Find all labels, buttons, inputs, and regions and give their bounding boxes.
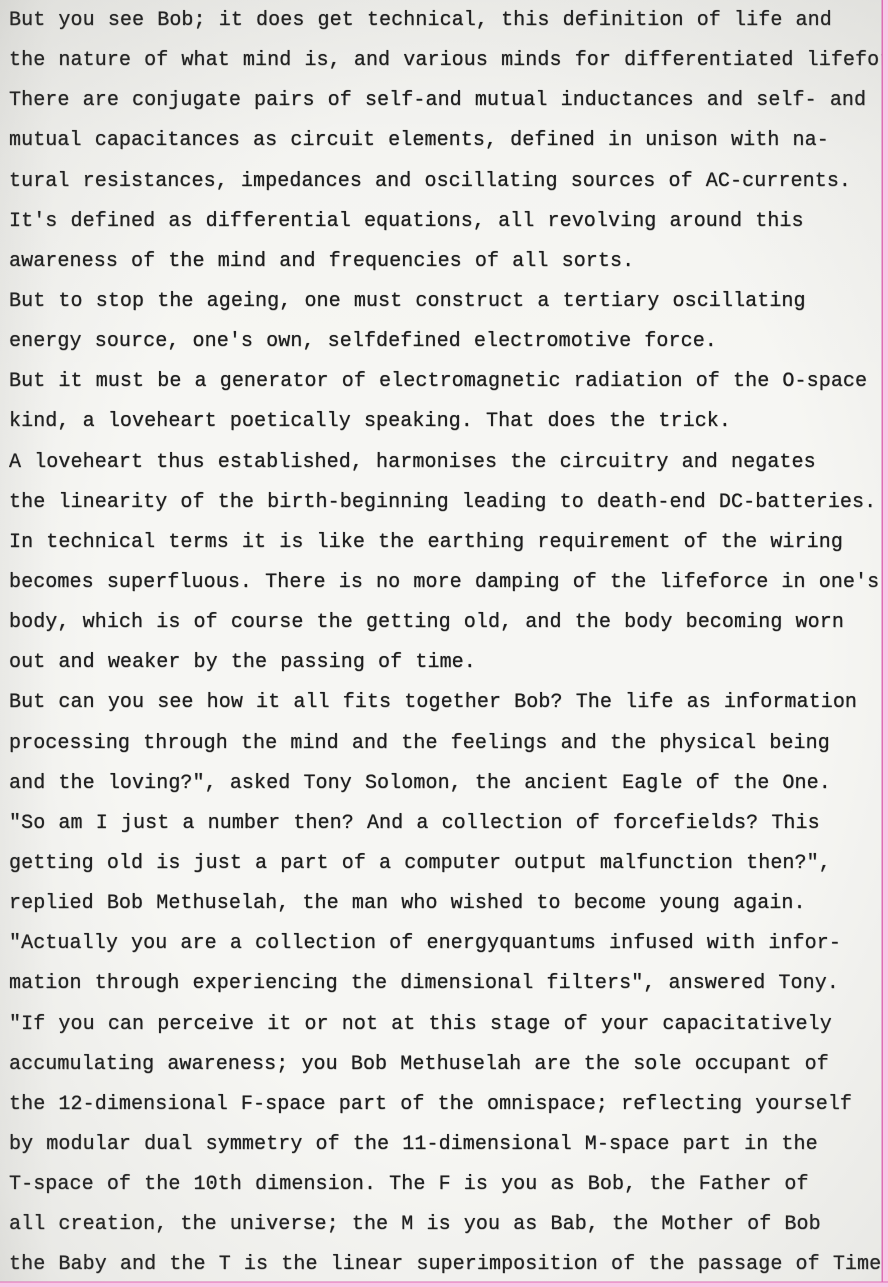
text-line: But can you see how it all fits together… [9, 683, 888, 723]
text-line: It's defined as differential equations, … [9, 202, 888, 242]
text-line: T-space of the 10th dimension. The F is … [9, 1165, 888, 1205]
text-line: accumulating awareness; you Bob Methusel… [9, 1045, 888, 1085]
text-line: "If you can perceive it or not at this s… [9, 1005, 888, 1045]
text-line: by modular dual symmetry of the 11-dimen… [9, 1125, 888, 1165]
text-line: But it must be a generator of electromag… [9, 362, 888, 402]
text-line: tural resistances, impedances and oscill… [9, 162, 888, 202]
text-line: mutual capacitances as circuit elements,… [9, 121, 888, 161]
text-line: getting old is just a part of a computer… [9, 844, 888, 884]
text-line: kind, a loveheart poetically speaking. T… [9, 402, 888, 442]
text-line: energy source, one's own, selfdefined el… [9, 322, 888, 362]
text-line: out and weaker by the passing of time. [9, 643, 888, 683]
text-line: the nature of what mind is, and various … [9, 41, 888, 81]
text-line: But to stop the ageing, one must constru… [9, 282, 888, 322]
text-line: A loveheart thus established, harmonises… [9, 443, 888, 483]
text-line: body, which is of course the getting old… [9, 603, 888, 643]
text-line: and the loving?", asked Tony Solomon, th… [9, 764, 888, 804]
typewritten-text: But you see Bob; it does get technical, … [9, 1, 888, 1286]
text-line: processing through the mind and the feel… [9, 724, 888, 764]
scanned-typewritten-page: But you see Bob; it does get technical, … [0, 0, 888, 1287]
text-line: becomes superfluous. There is no more da… [9, 563, 888, 603]
text-line: all creation, the universe; the M is you… [9, 1205, 888, 1245]
text-line: awareness of the mind and frequencies of… [9, 242, 888, 282]
text-line: the Baby and the T is the linear superim… [9, 1245, 888, 1285]
text-line: In technical terms it is like the earthi… [9, 523, 888, 563]
text-line: But you see Bob; it does get technical, … [9, 1, 888, 41]
scan-edge-artifact-right [881, 0, 888, 1287]
text-line: There are conjugate pairs of self-and mu… [9, 81, 888, 121]
scan-edge-artifact-bottom [0, 1281, 888, 1287]
text-line: the linearity of the birth-beginning lea… [9, 483, 888, 523]
text-line: replied Bob Methuselah, the man who wish… [9, 884, 888, 924]
text-line: the 12-dimensional F-space part of the o… [9, 1085, 888, 1125]
text-line: "Actually you are a collection of energy… [9, 924, 888, 964]
text-line: "So am I just a number then? And a colle… [9, 804, 888, 844]
text-line: mation through experiencing the dimensio… [9, 964, 888, 1004]
